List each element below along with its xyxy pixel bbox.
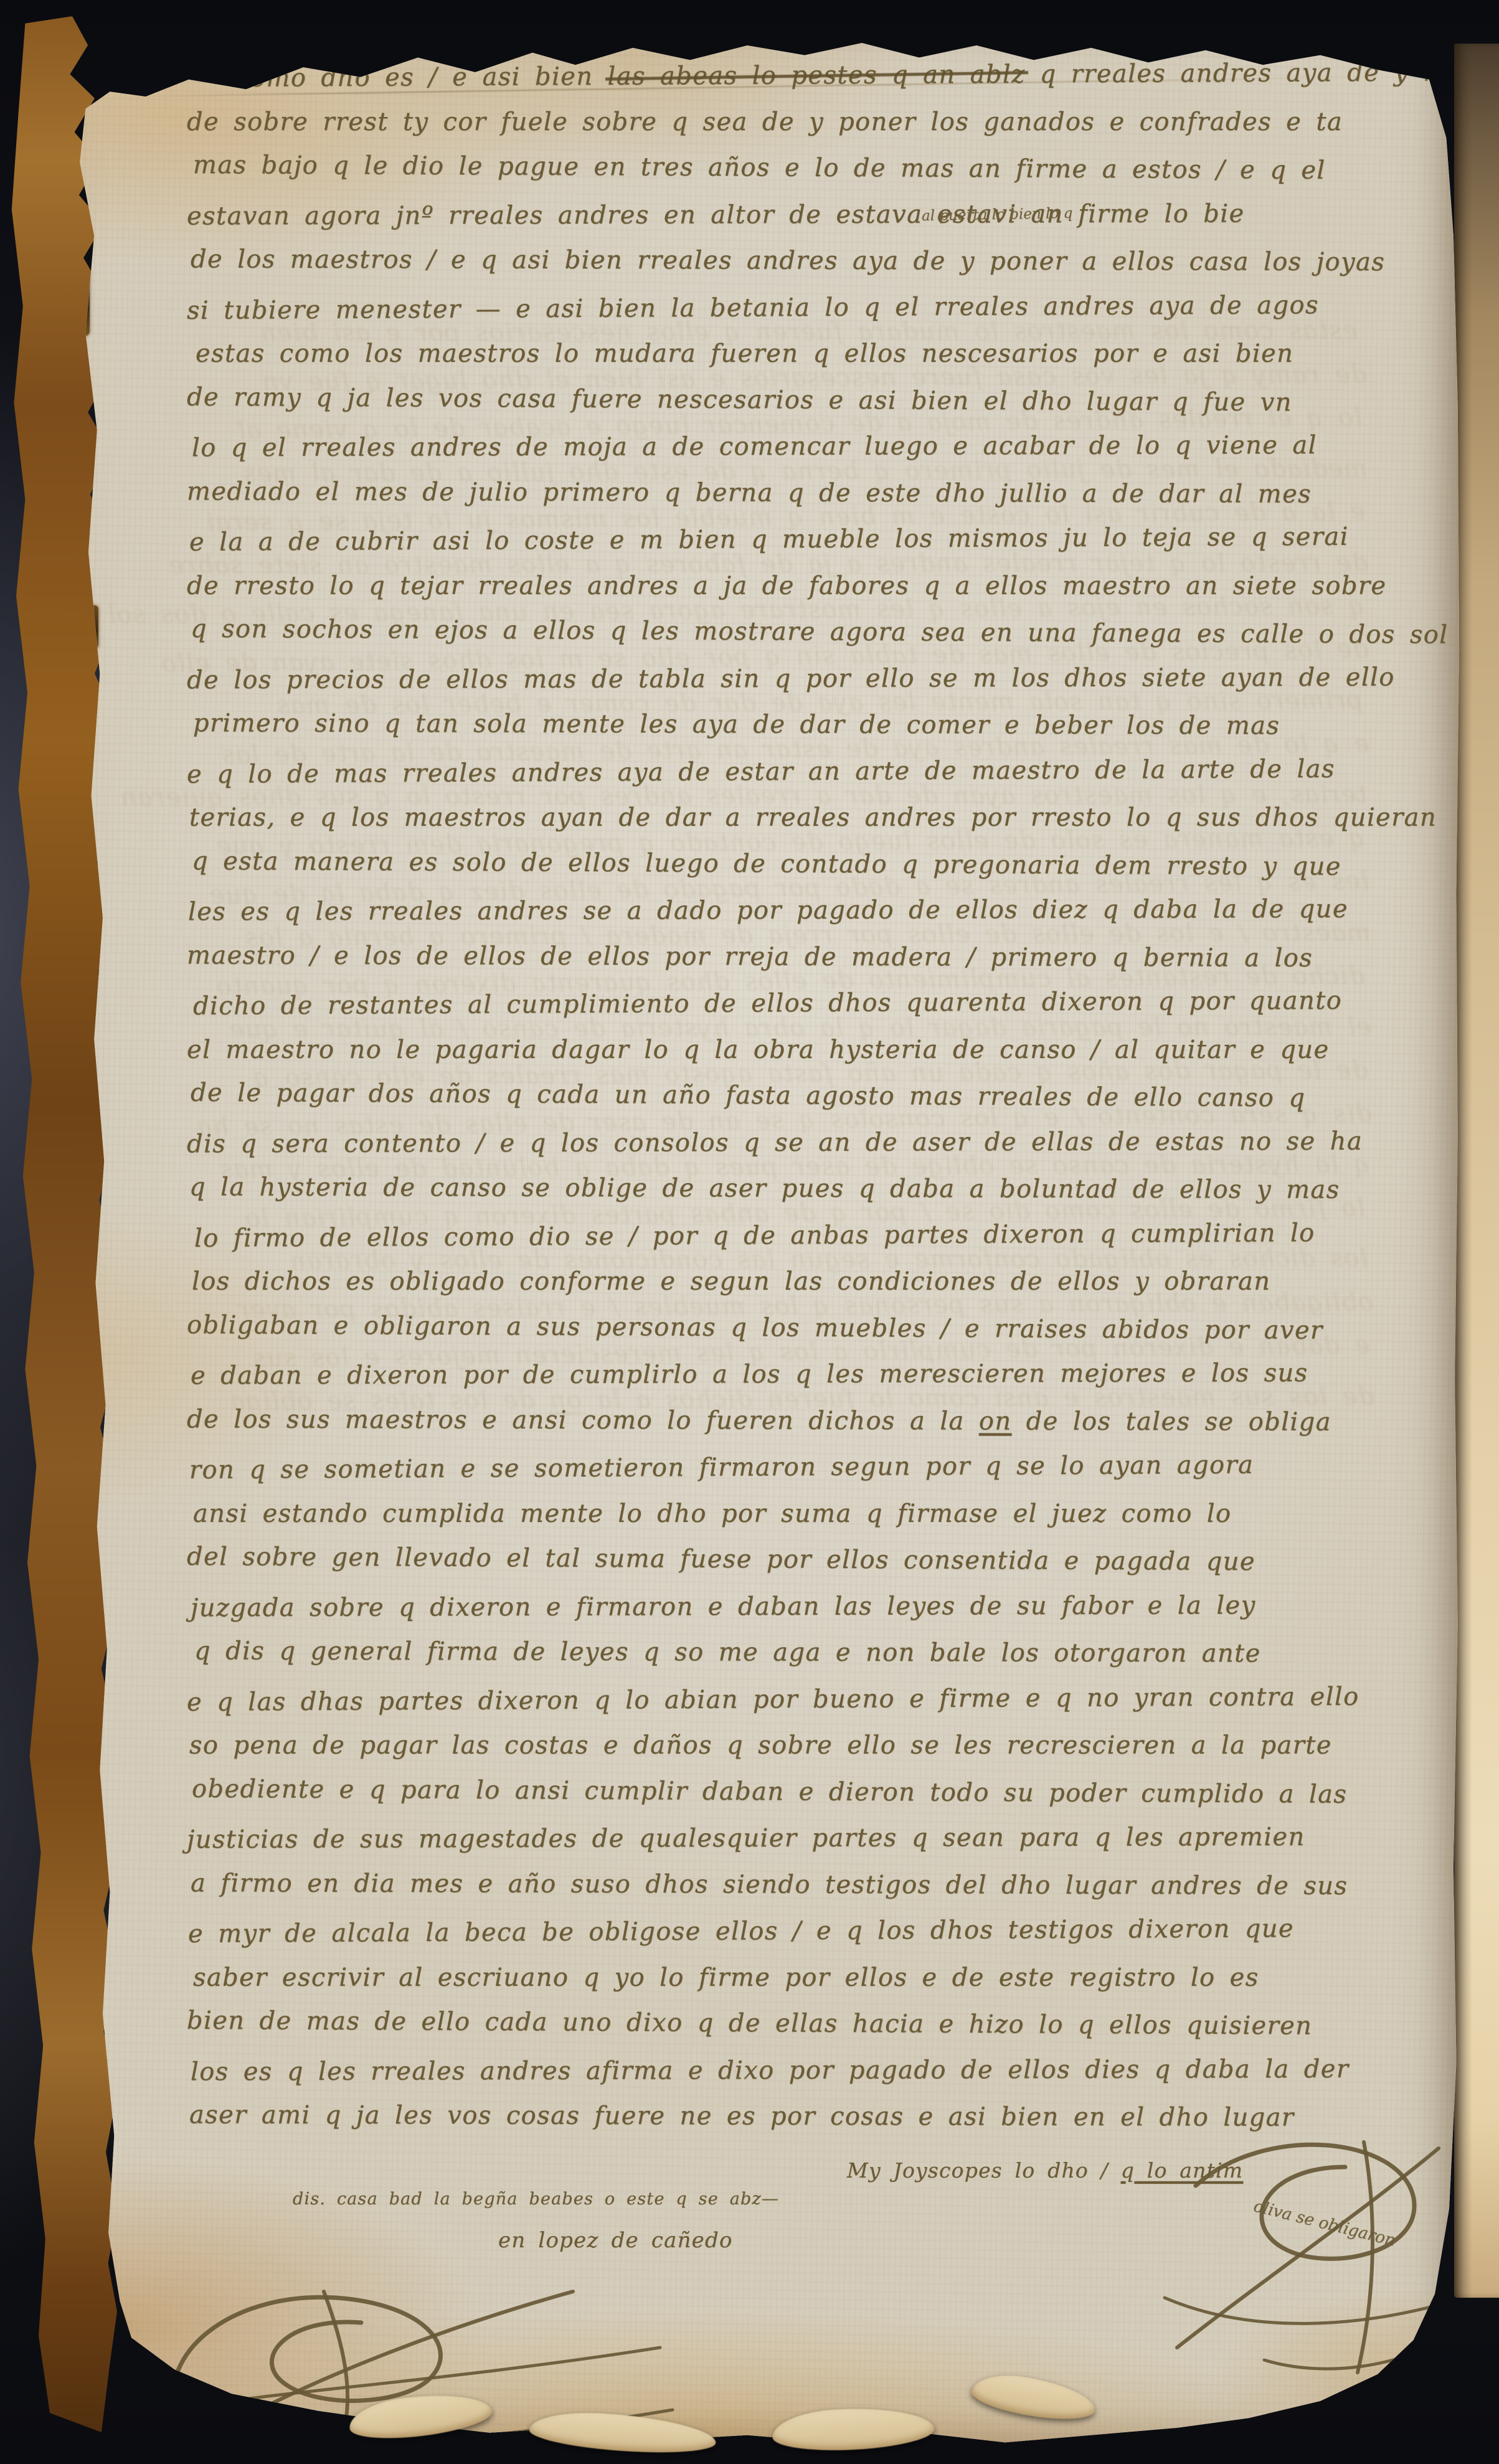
manuscript-line: mediado el mes de julio primero q berna …: [187, 468, 1479, 518]
closing-line: My Joyscopes lo dho / q lo antim: [847, 2158, 1243, 2183]
struck-text: las abeas lo pestes q an ablz: [607, 60, 1025, 91]
manuscript-line: q dis q general firma de leyes q so me a…: [194, 1628, 1479, 1678]
manuscript-line: q esta manera es solo de ellos luego de …: [192, 838, 1479, 890]
manuscript-line: e q lo de mas rreales andres aya de esta…: [187, 745, 1479, 798]
signature-rubric-right: [1140, 2111, 1476, 2379]
manuscript-line: e la a de cubrir asi lo coste e m bien q…: [189, 513, 1479, 566]
manuscript-line: so pena de pagar las costas e daños q so…: [189, 1722, 1479, 1769]
manuscript-line: ansi estando cumplida mente lo dho por s…: [193, 1491, 1479, 1537]
manuscript-line: primero sino q tan sola mente les aya de…: [193, 700, 1479, 750]
manuscript-line: si tubiere menester — e asi bien la beta…: [187, 281, 1479, 334]
manuscript-line: terias, e q los maestros ayan de dar a r…: [189, 795, 1479, 841]
manuscript-line: lo firmo de ellos como dio se / por q de…: [194, 1209, 1479, 1262]
manuscript-line: les es q les rreales andres se a dado po…: [188, 885, 1479, 935]
manuscript-page: estas como los maestros lo mudara fueren…: [31, 16, 1464, 2452]
manuscript-line: dis q sera contento / e q los consolos q…: [187, 1118, 1479, 1168]
manuscript-line: obediente e q para lo ansi cumplir daban…: [192, 1765, 1479, 1818]
closing-line: en lopez de cañedo: [498, 2228, 733, 2253]
next-page-edge: [1454, 44, 1499, 2298]
manuscript-line: de los precios de ellos mas de tabla sin…: [187, 654, 1479, 704]
manuscript-line: e daban e dixeron por de cumplirlo a los…: [191, 1349, 1479, 1399]
manuscript-line: el maestro no le pagaria dagar lo q la o…: [187, 1027, 1479, 1074]
manuscript-line: mas bajo q le dio le pague en tres años …: [193, 142, 1479, 195]
manuscript-line: de los sus maestros e ansi como lo fuere…: [187, 1396, 1479, 1446]
manuscript-line: q la hysteria de canso se oblige de aser…: [189, 1164, 1479, 1214]
manuscript-line: estavan agora jnº rreales andres en alto…: [187, 190, 1479, 240]
manuscript-line: a firmo en dia mes e año suso dhos siend…: [191, 1860, 1479, 1910]
manuscript-line: dicho de restantes al cumplimiento de el…: [193, 977, 1479, 1030]
closing-line: dis. casa bad la begña beabes o este q s…: [293, 2189, 779, 2209]
manuscript-line: obligaban e obligaron a sus personas q l…: [187, 1301, 1479, 1354]
manuscript-line: bien de mas de ello cada uno dixo q de e…: [187, 1998, 1479, 2051]
manuscript-line: lo q el rreales andres de moja a de come…: [192, 422, 1479, 471]
manuscript-line: de rresto lo q tejar rreales andres a ja…: [187, 563, 1479, 610]
manuscript-line: juzgada sobre q dixeron e firmaron e dab…: [191, 1582, 1479, 1631]
manuscript-line: e myr de alcala la beca be obligose ello…: [188, 1905, 1479, 1958]
manuscript-line: justicias de sus magestades de qualesqui…: [187, 1813, 1479, 1863]
interlinear-note: al puerta lo bien lo q: [922, 205, 1073, 224]
manuscript-line: del sobre gen llevado el tal suma fuese …: [187, 1534, 1479, 1587]
manuscript-line: estas como los maestros lo mudara fueren…: [196, 331, 1479, 377]
manuscript-line: de los maestros / e q asi bien rreales a…: [191, 236, 1479, 286]
manuscript-line: los dichos es obligado conforme e segun …: [192, 1258, 1479, 1305]
manuscript-line: e q las dhas partes dixeron q lo abian p…: [187, 1673, 1479, 1725]
manuscript-line: los es q les rreales andres afirma e dix…: [191, 2046, 1479, 2095]
manuscript-photo: estas como los maestros lo mudara fueren…: [0, 0, 1499, 2464]
manuscript-line: Como dho es / e asi bien las abeas lo pe…: [230, 49, 1479, 101]
manuscript-line: de ramy q ja les vos casa fuere nescesar…: [187, 374, 1479, 427]
manuscript-line: de le pagar dos años q cada un año fasta…: [191, 1070, 1479, 1123]
manuscript-line: q son sochos en ejos a ellos q les mostr…: [191, 606, 1479, 659]
manuscript-line: maestro / e los de ellos de ellos por rr…: [187, 932, 1479, 982]
manuscript-line: ron q se sometian e se sometieron firmar…: [189, 1441, 1479, 1494]
manuscript-line: de sobre rrest ty cor fuele sobre q sea …: [187, 99, 1479, 146]
text-layer: Como dho es / e asi bien las abeas lo pe…: [187, 52, 1479, 2140]
manuscript-line: saber escrivir al escriuano q yo lo firm…: [193, 1955, 1479, 2001]
